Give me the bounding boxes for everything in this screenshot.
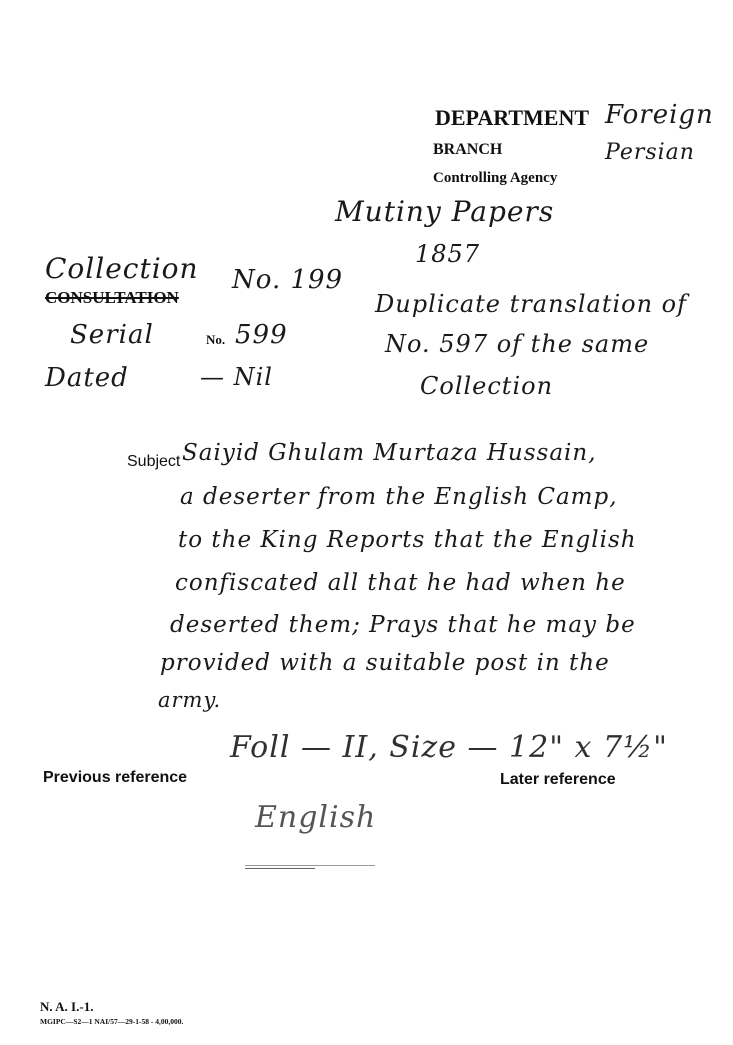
mutiny-papers-note: Mutiny Papers	[335, 195, 554, 228]
language-underline	[245, 865, 375, 866]
previous-reference-label: Previous reference	[43, 769, 187, 787]
later-reference-label: Later reference	[500, 771, 616, 789]
dated-value: — Nil	[200, 363, 273, 391]
branch-label: BRANCH	[433, 141, 502, 159]
collection-handwritten-label: Collection	[45, 252, 199, 285]
language-note: English	[255, 800, 376, 835]
year-note: 1857	[415, 240, 480, 268]
branch-value: Persian	[605, 140, 695, 165]
subject-line: a deserter from the English Camp,	[180, 484, 618, 510]
print-line: MGIPC—S2—1 NAI/57—29-1-58 - 4,00,000.	[40, 1017, 183, 1026]
controlling-agency-label: Controlling Agency	[433, 170, 557, 187]
consultation-printed-label: CONSULTATION	[45, 288, 179, 308]
language-underline-2	[245, 868, 315, 869]
dated-label: Dated	[45, 363, 129, 393]
subject-line: provided with a suitable post in the	[160, 650, 610, 676]
collection-number: No. 199	[232, 265, 343, 295]
subject-line: deserted them; Prays that he may be	[170, 612, 636, 638]
subject-line: to the King Reports that the English	[178, 527, 637, 553]
remark-line-1: Duplicate translation of	[375, 290, 687, 318]
remark-line-3: Collection	[420, 372, 553, 400]
form-code: N. A. I.-1.	[40, 999, 93, 1015]
folio-size-note: Foll — II, Size — 12" x 7½"	[230, 730, 668, 765]
department-value: Foreign	[605, 100, 714, 130]
serial-printed-no: No.	[206, 332, 225, 348]
department-label: DEPARTMENT	[435, 105, 589, 131]
subject-line: confiscated all that he had when he	[175, 570, 626, 596]
subject-label: Subject	[127, 453, 180, 471]
subject-line: Saiyid Ghulam Murtaza Hussain,	[182, 440, 597, 466]
remark-line-2: No. 597 of the same	[385, 330, 649, 358]
serial-handwritten-label: Serial	[70, 320, 154, 350]
serial-value: 599	[235, 320, 288, 350]
subject-line: army.	[158, 688, 221, 712]
